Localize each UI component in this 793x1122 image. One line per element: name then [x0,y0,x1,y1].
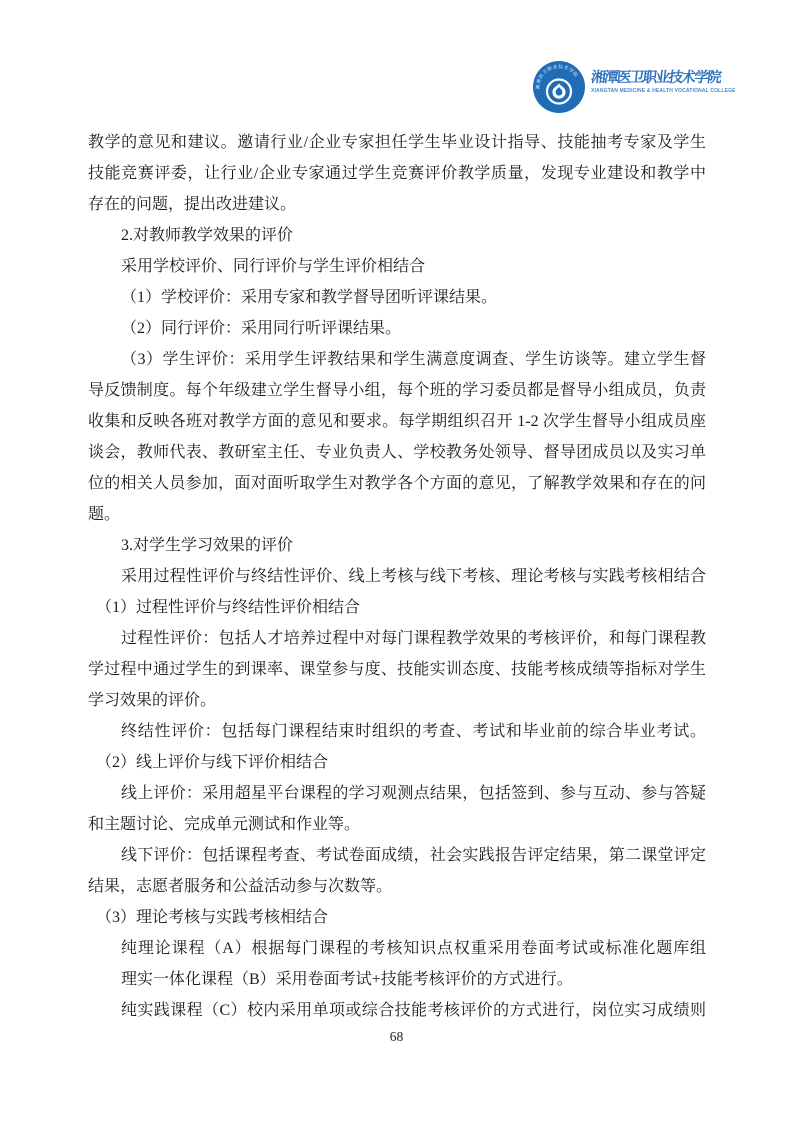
text-line: 导反馈制度。每个年级建立学生督导小组，每个班的学习委员都是督导小组成员，负责 [88,375,706,406]
paragraph: 采用过程性评价与终结性评价、线上考核与线下考核、理论考核与实践考核相结合 [88,561,706,592]
text-line: 纯实践课程（C）校内采用单项或综合技能考核评价的方式进行，岗位实习成绩则 [88,995,706,1026]
paragraph: 纯理论课程（A）根据每门课程的考核知识点权重采用卷面考试或标准化题库组卷。 [88,933,706,964]
text-line: 存在的问题，提出改进建议。 [88,189,706,220]
text-line: 技能竞赛评委，让行业/企业专家通过学生竞赛评价教学质量，发现专业建设和教学中 [88,158,706,189]
paragraph: （1）学校评价：采用专家和教学督导团听评课结果。 [88,282,706,313]
text-line: 纯理论课程（A）根据每门课程的考核知识点权重采用卷面考试或标准化题库组卷。 [88,933,706,964]
paragraph: （2）线上评价与线下评价相结合 [88,747,706,778]
text-line: （3）理论考核与实践考核相结合 [88,902,706,933]
document-body: 教学的意见和建议。邀请行业/企业专家担任学生毕业设计指导、技能抽考专家及学生技能… [88,127,706,1026]
paragraph: （3）理论考核与实践考核相结合 [88,902,706,933]
paragraph: （1）过程性评价与终结性评价相结合 [88,592,706,623]
paragraph: 理实一体化课程（B）采用卷面考试+技能考核评价的方式进行。 [88,964,706,995]
text-line: （2）同行评价：采用同行听评课结果。 [88,313,706,344]
text-line: 线下评价：包括课程考查、考试卷面成绩，社会实践报告评定结果，第二课堂评定 [88,840,706,871]
text-line: 终结性评价：包括每门课程结束时组织的考查、考试和毕业前的综合毕业考试。 [88,716,706,747]
text-line: （1）过程性评价与终结性评价相结合 [88,592,706,623]
text-line: 过程性评价：包括人才培养过程中对每门课程教学效果的考核评价，和每门课程教 [88,623,706,654]
document-page: 湘潭医卫职业技术学院 湘潭医卫职业技术学院 XIANGTAN MEDICINE … [0,0,793,1122]
text-line: 学习效果的评价。 [88,685,706,716]
paragraph: 2.对教师教学效果的评价 [88,220,706,251]
paragraph: 线下评价：包括课程考查、考试卷面成绩，社会实践报告评定结果，第二课堂评定结果，志… [88,840,706,902]
text-line: 教学的意见和建议。邀请行业/企业专家担任学生毕业设计指导、技能抽考专家及学生 [88,127,706,158]
text-line: 采用学校评价、同行评价与学生评价相结合 [88,251,706,282]
paragraph: 采用学校评价、同行评价与学生评价相结合 [88,251,706,282]
page-number: 68 [0,1028,793,1046]
paragraph: 教学的意见和建议。邀请行业/企业专家担任学生毕业设计指导、技能抽考专家及学生技能… [88,127,706,220]
paragraph: 纯实践课程（C）校内采用单项或综合技能考核评价的方式进行，岗位实习成绩则 [88,995,706,1026]
text-line: （2）线上评价与线下评价相结合 [88,747,706,778]
text-line: 理实一体化课程（B）采用卷面考试+技能考核评价的方式进行。 [88,964,706,995]
paragraph: （3）学生评价：采用学生评教结果和学生满意度调查、学生访谈等。建立学生督导反馈制… [88,344,706,530]
paragraph: 3.对学生学习效果的评价 [88,530,706,561]
text-line: 3.对学生学习效果的评价 [88,530,706,561]
college-logo: 湘潭医卫职业技术学院 湘潭医卫职业技术学院 XIANGTAN MEDICINE … [532,60,736,114]
paragraph: 线上评价：采用超星平台课程的学习观测点结果，包括签到、参与互动、参与答疑和主题讨… [88,778,706,840]
college-seal-icon: 湘潭医卫职业技术学院 [532,60,586,114]
text-line: 位的相关人员参加，面对面听取学生对教学各个方面的意见，了解教学效果和存在的问 [88,468,706,499]
text-line: 采用过程性评价与终结性评价、线上考核与线下考核、理论考核与实践考核相结合 [88,561,706,592]
text-line: 和主题讨论、完成单元测试和作业等。 [88,809,706,840]
college-name-zh: 湘潭医卫职业技术学院 [590,71,721,86]
text-line: 线上评价：采用超星平台课程的学习观测点结果，包括签到、参与互动、参与答疑 [88,778,706,809]
text-line: 收集和反映各班对教学方面的意见和要求。每学期组织召开 1-2 次学生督导小组成员… [88,406,706,437]
text-line: 结果，志愿者服务和公益活动参与次数等。 [88,871,706,902]
paragraph: （2）同行评价：采用同行听评课结果。 [88,313,706,344]
text-line: 题。 [88,499,706,530]
text-line: （3）学生评价：采用学生评教结果和学生满意度调查、学生访谈等。建立学生督 [88,344,706,375]
text-line: 谈会，教师代表、教研室主任、专业负责人、学校教务处领导、督导团成员以及实习单 [88,437,706,468]
text-line: 2.对教师教学效果的评价 [88,220,706,251]
text-line: （1）学校评价：采用专家和教学督导团听评课结果。 [88,282,706,313]
text-line: 学过程中通过学生的到课率、课堂参与度、技能实训态度、技能考核成绩等指标对学生 [88,654,706,685]
paragraph: 终结性评价：包括每门课程结束时组织的考查、考试和毕业前的综合毕业考试。 [88,716,706,747]
college-name-block: 湘潭医卫职业技术学院 XIANGTAN MEDICINE & HEALTH VO… [591,71,736,94]
paragraph: 过程性评价：包括人才培养过程中对每门课程教学效果的考核评价，和每门课程教学过程中… [88,623,706,716]
college-name-en: XIANGTAN MEDICINE & HEALTH VOCATIONAL CO… [591,88,736,94]
